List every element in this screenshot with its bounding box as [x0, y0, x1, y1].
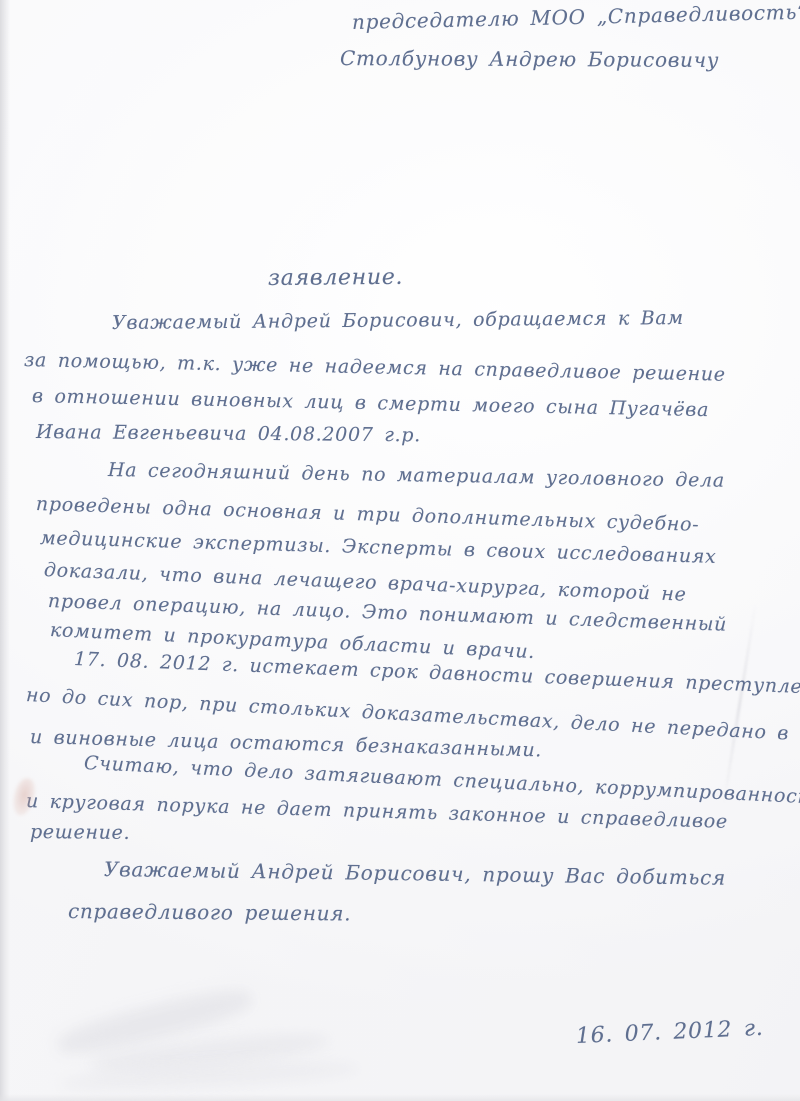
scan-edge-bottom	[0, 1094, 800, 1101]
recipient-line-2: Столбунову Андрею Борисовичу	[340, 46, 719, 72]
recipient-line-1: председателю МОО „Справедливость“	[352, 0, 800, 34]
paragraph-1-line-1: Уважаемый Андрей Борисович, обращаемся к…	[112, 307, 684, 334]
paragraph-1-line-2: за помощью, т.к. уже не надеемся на спра…	[24, 349, 726, 386]
paragraph-1-line-4: Ивана Евгеньевича 04.08.2007 г.р.	[36, 421, 421, 446]
paper-crease	[722, 601, 758, 809]
letter-date: 16. 07. 2012 г.	[575, 1016, 763, 1049]
paragraph-1-line-3: в отношении виновных лиц в смерти моего …	[32, 385, 710, 421]
scanned-letter-page: председателю МОО „Справедливость“ Столбу…	[0, 0, 800, 1101]
paragraph-5-line-2: справедливого решения.	[68, 899, 351, 925]
paragraph-5-line-1: Уважаемый Андрей Борисович, прошу Вас до…	[104, 857, 726, 890]
paragraph-4-line-3: решение.	[30, 821, 130, 844]
scan-edge-left	[0, 0, 10, 1101]
paragraph-2-line-1: На сегодняшний день по материалам уголов…	[108, 459, 725, 492]
letter-title: заявление.	[268, 265, 403, 291]
